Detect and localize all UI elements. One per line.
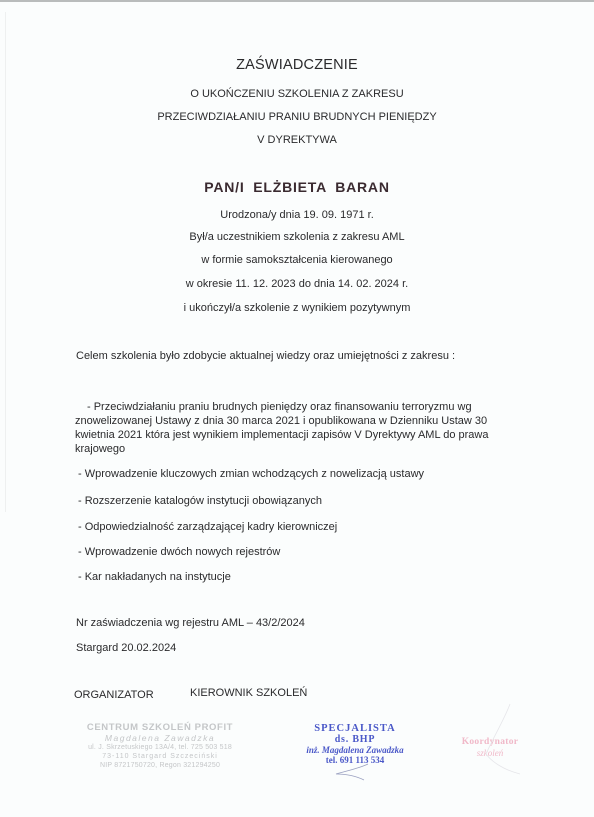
topic-item: - Wprowadzenie dwóch nowych rejestrów <box>78 545 280 559</box>
stamp-line: ds. BHP <box>290 734 420 745</box>
topic-item: - Odpowiedzialność zarządzającej kadry k… <box>78 520 337 534</box>
specialist-stamp: SPECJALISTA ds. BHP inż. Magdalena Zawad… <box>290 723 420 765</box>
training-goal-intro: Celem szkolenia było zdobycie aktualnej … <box>76 349 455 363</box>
topic-item: - Wprowadzenie kluczowych zmian wchodząc… <box>78 467 424 481</box>
place-and-date: Stargard 20.02.2024 <box>76 641 176 655</box>
signature-mark <box>470 700 530 790</box>
signature-mark <box>330 762 390 782</box>
stamp-line: CENTRUM SZKOLEŃ PROFIT <box>80 722 240 733</box>
stamp-line: ul. J. Skrzetuskiego 13A/4, tel. 725 503… <box>80 743 240 752</box>
register-number: Nr zaświadczenia wg rejestru AML – 43/2/… <box>76 616 305 630</box>
training-result: i ukończył/a szkolenie z wynikiem pozyty… <box>0 301 594 315</box>
recipient-name: PAN/I ELŻBIETA BARAN <box>0 180 594 194</box>
certificate-title: ZAŚWIADCZENIE <box>0 58 594 72</box>
training-form: w formie samokształcenia kierowanego <box>0 253 594 267</box>
training-manager-label: KIEROWNIK SZKOLEŃ <box>190 686 307 700</box>
stamp-line: Magdalena Zawadzka <box>80 733 240 743</box>
main-topic-paragraph: - Przeciwdziałaniu praniu brudnych pieni… <box>75 400 495 456</box>
stamp-line: 73-110 Stargard Szczeciński <box>80 752 240 761</box>
certificate-subtitle-3: V DYREKTYWA <box>0 133 594 147</box>
certificate-subtitle-1: O UKOŃCZENIU SZKOLENIA Z ZAKRESU <box>0 87 594 101</box>
organizer-label: ORGANIZATOR <box>74 688 154 702</box>
topic-item: - Rozszerzenie katalogów instytucji obow… <box>78 494 322 508</box>
training-period: w okresie 11. 12. 2023 do dnia 14. 02. 2… <box>0 277 594 291</box>
stamp-line: SPECJALISTA <box>290 723 420 734</box>
certificate-document: ZAŚWIADCZENIE O UKOŃCZENIU SZKOLENIA Z Z… <box>0 0 594 817</box>
stamp-line: NIP 8721750720, Regon 321294250 <box>80 761 240 770</box>
topic-item: - Kar nakładanych na instytucje <box>78 570 231 584</box>
recipient-birth-date: Urodzona/y dnia 19. 09. 1971 r. <box>0 208 594 222</box>
participation-statement: Był/a uczestnikiem szkolenia z zakresu A… <box>0 230 594 244</box>
organizer-stamp: CENTRUM SZKOLEŃ PROFIT Magdalena Zawadzk… <box>80 722 240 770</box>
certificate-subtitle-2: PRZECIWDZIAŁANIU PRANIU BRUDNYCH PIENIĘD… <box>0 110 594 124</box>
stamp-line: inż. Magdalena Zawadzka <box>290 745 420 755</box>
